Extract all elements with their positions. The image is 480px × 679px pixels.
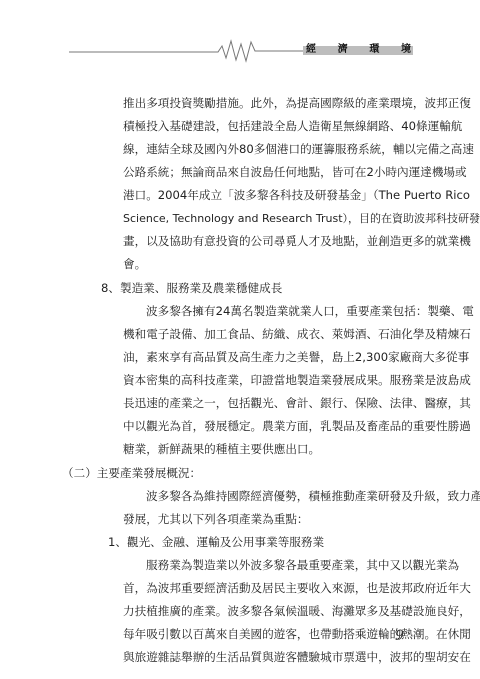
text-line: 與旅遊雜誌舉辦的生活品質與遊客體驗城市票選中，波邦的聖胡安在 [123, 646, 413, 669]
text-line: 畫，以及協助有意投資的公司尋覓人才及地點，並創造更多的就業機 [123, 230, 413, 253]
text-line: 波多黎各為維持國際經濟優勢，積極推動產業研發及升級，致力產業 [146, 485, 413, 508]
running-header: 經 濟 環 境 [0, 0, 480, 70]
section-title-char: 經 [306, 40, 316, 55]
text-line: 糖業，新鮮蔬果的種植主要供應出口。 [123, 438, 413, 461]
section-heading: （二）主要產業發展概況： [62, 462, 201, 485]
section-title-char: 環 [369, 40, 379, 55]
text-line: 資本密集的高科技產業，印證當地製造業發展成果。服務業是波島成 [123, 369, 413, 392]
text-line: 發展，尤其以下列各項產業為重點： [123, 508, 413, 531]
text-line: 中以觀光為首，發展穩定。農業方面，乳製品及畜產品的重要性勝過 [123, 415, 413, 438]
text-line: 機和電子設備、加工食品、紡織、成衣、萊姆酒、石油化學及精煉石 [123, 323, 413, 346]
text-line: Science, Technology and Research Trust），… [123, 207, 413, 230]
heartbeat-line-decoration [0, 0, 480, 70]
subsection-heading: 8、製造業、服務業及農業穩健成長 [101, 277, 282, 300]
text-line: 油，素來享有高品質及高生產力之美譽，島上2,300家廠商大多從事 [123, 346, 413, 369]
text-line: 服務業為製造業以外波多黎各最重要產業，其中又以觀光業為 [146, 554, 413, 577]
section-title-char: 濟 [338, 40, 348, 55]
section-title-char: 境 [401, 40, 411, 55]
text-line: 線，連結全球及國內外80多個港口的運籌服務系統，輔以完備之高速 [123, 138, 413, 161]
text-line: 每年吸引數以百萬來自美國的遊客，也帶動搭乘遊輪的熱潮。在休閒 [123, 623, 413, 646]
text-line: 公路系統；無論商品來自波島任何地點，皆可在2小時內運達機場或 [123, 161, 413, 184]
text-line: 會。 [123, 253, 413, 276]
text-line: 首，為波邦重要經濟活動及居民主要收入來源，也是波邦政府近年大 [123, 577, 413, 600]
subsection-heading: 1、觀光、金融、運輸及公用事業等服務業 [108, 531, 324, 554]
page-number: 9 [395, 628, 404, 644]
text-line: 力扶植推廣的產業。波多黎各氣候溫暖、海灘眾多及基礎設施良好， [123, 600, 413, 623]
text-line: 推出多項投資獎勵措施。此外，為提高國際級的產業環境，波邦正復 [123, 92, 413, 115]
text-line: 港口。2004年成立「波多黎各科技及研發基金」（The Puerto Rico [123, 184, 413, 207]
text-line: 波多黎各擁有24萬名製造業就業人口，重要產業包括：製藥、電 [146, 300, 413, 323]
section-title: 經 濟 環 境 [306, 40, 411, 55]
text-line: 積極投入基礎建設，包括建設全島人造衛星無線網路、40條運輸航 [123, 115, 413, 138]
text-line: 長迅速的產業之一，包括觀光、會計、銀行、保險、法律、醫療，其 [123, 392, 413, 415]
